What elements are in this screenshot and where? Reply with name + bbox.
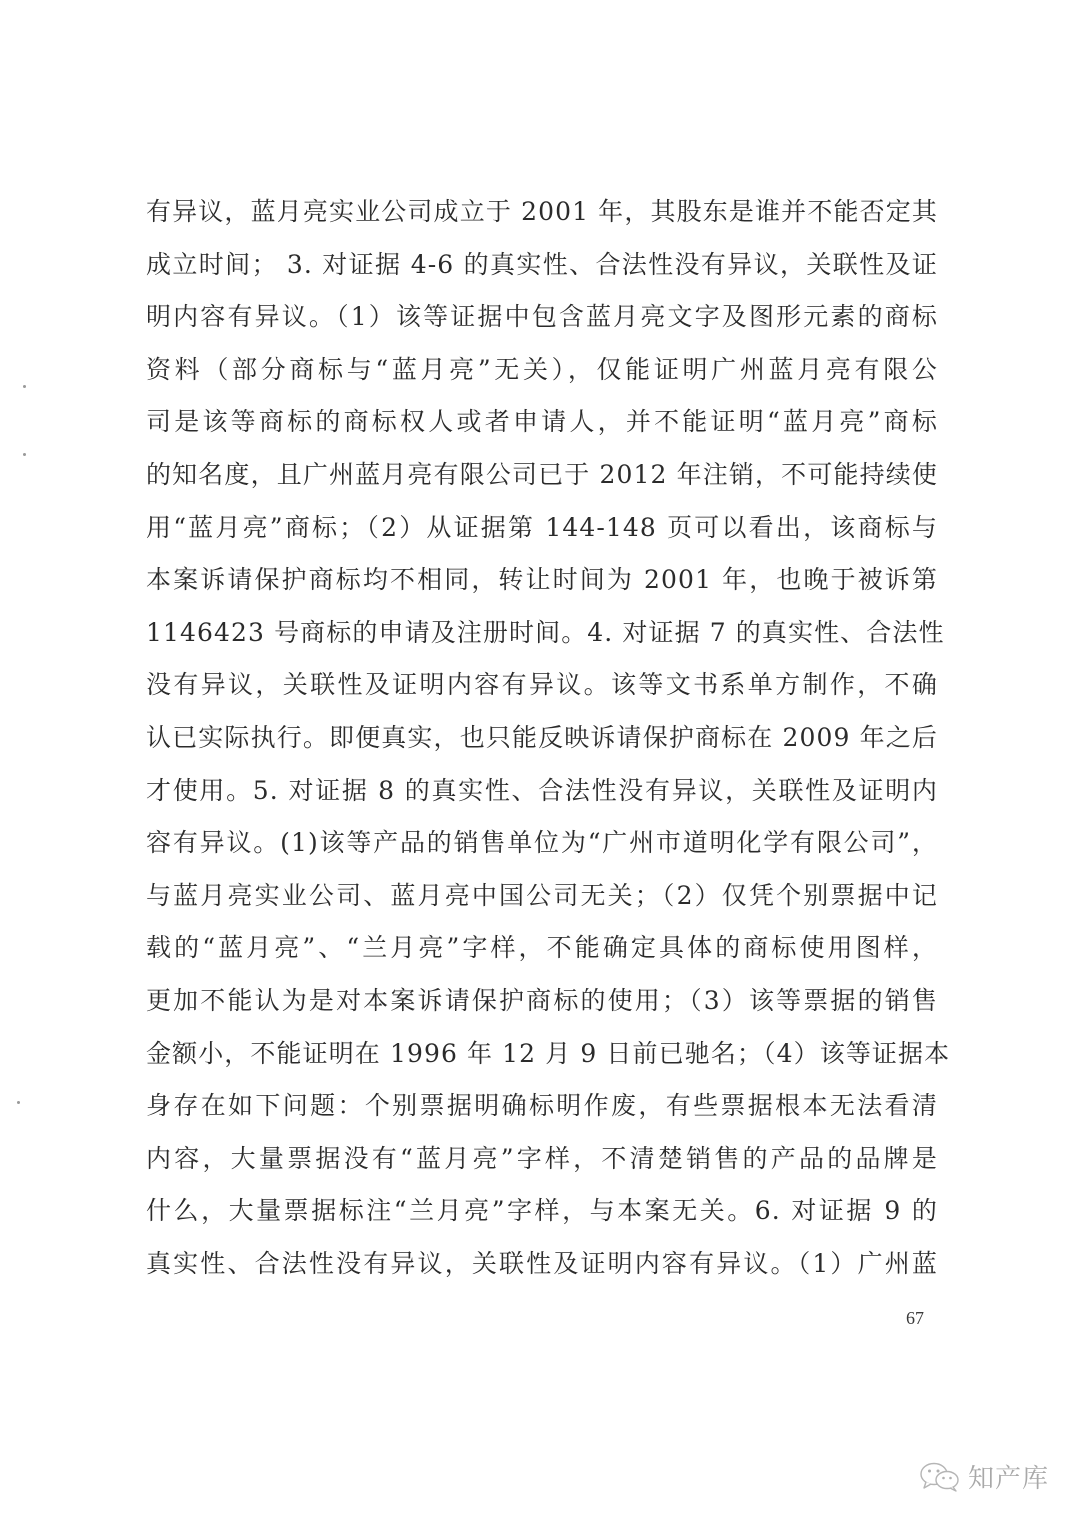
page-number: 67 (906, 1308, 924, 1329)
text-line: 资料（部分商标与“蓝月亮”无关），仅能证明广州蓝月亮有限公 (146, 346, 938, 399)
scan-margin-mark (23, 385, 26, 388)
watermark-label: 知产库 (968, 1458, 1049, 1495)
wechat-icon (918, 1461, 962, 1493)
text-line: 没有异议，关联性及证明内容有异议。该等文书系单方制作，不确 (146, 661, 938, 714)
text-line: 真实性、合法性没有异议，关联性及证明内容有异议。（1）广州蓝 (146, 1240, 938, 1293)
scan-margin-mark (23, 453, 26, 456)
text-line: 容有异议。(1)该等产品的销售单位为“广州市道明化学有限公司”， (146, 819, 938, 872)
text-line: 载的“蓝月亮”、“兰月亮”字样，不能确定具体的商标使用图样， (146, 924, 938, 977)
text-line: 有异议，蓝月亮实业公司成立于 2001 年，其股东是谁并不能否定其 (146, 188, 938, 241)
text-line: 金额小，不能证明在 1996 年 12 月 9 日前已驰名；（4）该等证据本 (146, 1030, 938, 1083)
text-line: 用“蓝月亮”商标；（2）从证据第 144-148 页可以看出，该商标与 (146, 504, 938, 557)
scan-margin-mark (17, 1101, 20, 1104)
document-page: 有异议，蓝月亮实业公司成立于 2001 年，其股东是谁并不能否定其 成立时间； … (0, 0, 1080, 1527)
text-line: 与蓝月亮实业公司、蓝月亮中国公司无关；（2）仅凭个别票据中记 (146, 872, 938, 925)
text-line: 明内容有异议。（1）该等证据中包含蓝月亮文字及图形元素的商标 (146, 293, 938, 346)
text-line: 本案诉请保护商标均不相同，转让时间为 2001 年，也晚于被诉第 (146, 556, 938, 609)
text-line: 的知名度，且广州蓝月亮有限公司已于 2012 年注销，不可能持续使 (146, 451, 938, 504)
text-line: 1146423 号商标的申请及注册时间。4. 对证据 7 的真实性、合法性 (146, 609, 938, 662)
text-line: 身存在如下问题：个别票据明确标明作废，有些票据根本无法看清 (146, 1082, 938, 1135)
text-line: 内容，大量票据没有“蓝月亮”字样，不清楚销售的产品的品牌是 (146, 1135, 938, 1188)
document-body: 有异议，蓝月亮实业公司成立于 2001 年，其股东是谁并不能否定其 成立时间； … (146, 188, 938, 1292)
text-line: 更加不能认为是对本案诉请保护商标的使用；（3）该等票据的销售 (146, 977, 938, 1030)
text-line: 认已实际执行。即便真实，也只能反映诉请保护商标在 2009 年之后 (146, 714, 938, 767)
text-line: 才使用。5. 对证据 8 的真实性、合法性没有异议，关联性及证明内 (146, 767, 938, 820)
watermark: 知产库 (918, 1458, 1049, 1495)
text-line: 什么，大量票据标注“兰月亮”字样，与本案无关。6. 对证据 9 的 (146, 1187, 938, 1240)
text-line: 司是该等商标的商标权人或者申请人，并不能证明“蓝月亮”商标 (146, 398, 938, 451)
text-line: 成立时间； 3. 对证据 4-6 的真实性、合法性没有异议，关联性及证 (146, 241, 938, 294)
